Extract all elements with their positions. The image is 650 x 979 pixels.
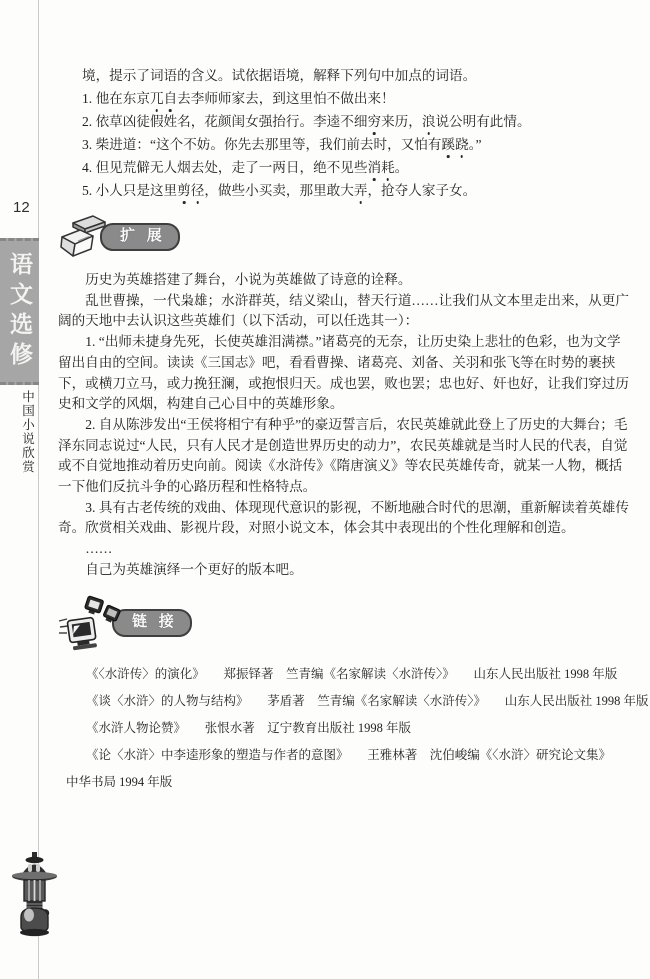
main-content: 境，提示了词语的含义。试依据语境，解释下列句中加点的词语。 1. 他在东京兀自去… (58, 0, 634, 796)
exercise-item-3: 3. 柴进道：“这个不妨。你先去那里等，我们前去时，又怕有蹊跷。” (82, 133, 634, 156)
link-section-header: 链 接 (58, 595, 634, 651)
computers-icon (58, 595, 124, 651)
reference-list: 《〈水浒传〉的演化》 郑振铎著 竺青编《名家解读〈水浒传〉》 山东人民出版社 1… (66, 661, 634, 796)
exercise-item-5: 5. 小人只是这里剪径，做些小买卖，那里敢大弄，抢夺人家子女。 (82, 179, 634, 202)
reference-item-2: 《谈〈水浒〉的人物与结构》 茅盾著 竺青编《名家解读〈水浒传〉》 山东人民出版社… (66, 688, 634, 715)
page-edge-line (38, 0, 39, 979)
textbook-page: 12 语文选修 中国小说欣赏 境，提示了词语的含义。试依据语境，解释下列句中加点… (0, 0, 650, 979)
lantern-icon (11, 851, 57, 951)
book-title-vertical: 中国小说欣赏 (21, 390, 34, 474)
reference-item-1: 《〈水浒传〉的演化》 郑振铎著 竺青编《名家解读〈水浒传〉》 山东人民出版社 1… (66, 661, 634, 688)
expand-ellipsis: …… (58, 539, 634, 560)
exercise-item-1: 1. 他在东京兀自去李师师家去，到这里怕不做出来！ (82, 87, 634, 110)
exercise-intro: 境，提示了词语的含义。试依据语境，解释下列句中加点的词语。 (82, 64, 634, 87)
page-number: 12 (13, 199, 30, 216)
reference-item-3: 《水浒人物论赞》 张恨水著 辽宁教育出版社 1998 年版 (66, 715, 634, 742)
expand-activity-3: 3. 具有古老传统的戏曲、体现现代意识的影视，不断地融合时代的思潮，重新解读着英… (58, 498, 634, 539)
exercise-item-2: 2. 依草凶徒假姓名，花颜闺女强抬行。李逵不细穷来历，浪说公明有此情。 (82, 110, 634, 133)
books-icon (58, 214, 112, 260)
reference-text: 《谈〈水浒〉的人物与结构》 茅盾著 竺青编《名家解读〈水浒传〉》 山东人民出版社… (66, 688, 634, 715)
reference-text: 《水浒人物论赞》 张恨水著 辽宁教育出版社 1998 年版 (66, 715, 634, 742)
expand-paragraph-2: 乱世曹操，一代枭雄；水浒群英，结义梁山，替天行道……让我们从文本里走出来，从更广… (58, 291, 634, 332)
series-banner: 语文选修 (0, 238, 39, 385)
reference-item-4: 《论〈水浒〉中李逵形象的塑造与作者的意图》 王雅林著 沈伯峻编《〈水浒〉研究论文… (66, 742, 634, 796)
expand-section-body: 历史为英雄搭建了舞台，小说为英雄做了诗意的诠释。 乱世曹操，一代枭雄；水浒群英，… (58, 270, 634, 581)
series-title-vertical: 语文选修 (8, 252, 31, 372)
expand-paragraph-1: 历史为英雄搭建了舞台，小说为英雄做了诗意的诠释。 (58, 270, 634, 291)
expand-section-header: 扩 展 (58, 214, 634, 260)
expand-activity-1: 1. “出师未捷身先死，长使英雄泪满襟。”诸葛亮的无奈，让历史染上悲壮的色彩，也… (58, 332, 634, 415)
reference-text: 《〈水浒传〉的演化》 郑振铎著 竺青编《名家解读〈水浒传〉》 山东人民出版社 1… (66, 661, 634, 688)
expand-activity-2: 2. 自从陈涉发出“王侯将相宁有种乎”的豪迈誓言后，农民英雄就此登上了历史的大舞… (58, 415, 634, 498)
reference-text: 《论〈水浒〉中李逵形象的塑造与作者的意图》 王雅林著 沈伯峻编《〈水浒〉研究论文… (66, 742, 634, 769)
reference-text-continued: 中华书局 1994 年版 (66, 769, 634, 796)
expand-closing-line: 自己为英雄演绎一个更好的版本吧。 (58, 560, 634, 581)
exercise-section: 境，提示了词语的含义。试依据语境，解释下列句中加点的词语。 1. 他在东京兀自去… (82, 64, 634, 202)
exercise-item-4: 4. 但见荒僻无人烟去处，走了一两日，绝不见些消耗。 (82, 156, 634, 179)
